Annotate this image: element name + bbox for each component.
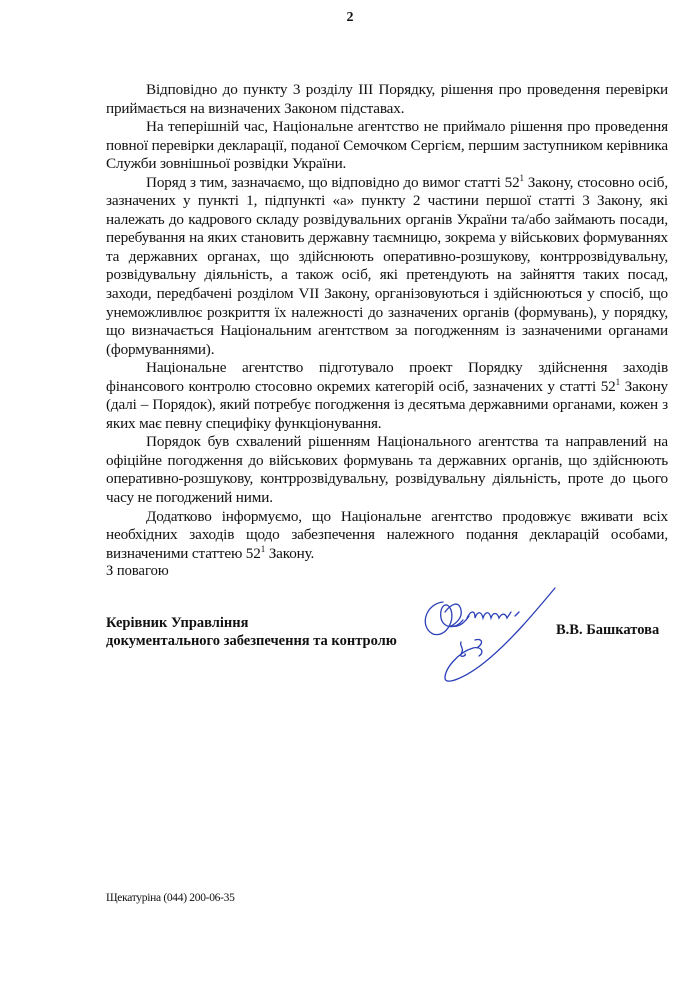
- closing-salutation: З повагою: [106, 563, 169, 580]
- paragraph-article-52: Поряд з тим, зазначаємо, що відповідно д…: [106, 174, 668, 359]
- paragraph-approval-status: Порядок був схвалений рішенням Національ…: [106, 433, 668, 507]
- signatory-title: Керівник Управління документального забе…: [106, 614, 397, 650]
- paragraph-current-status: На теперішній час, Національне агентство…: [106, 118, 668, 174]
- signer-name: В.В. Башкатова: [556, 622, 659, 639]
- handwritten-signature-icon: [415, 582, 565, 692]
- paragraph-additional-info: Додатково інформуємо, що Національне аге…: [106, 508, 668, 564]
- paragraph-draft-procedure: Національне агентство підготувало проект…: [106, 359, 668, 433]
- paragraph-procedure-decision: Відповідно до пункту 3 розділу III Поряд…: [106, 81, 668, 118]
- executor-contact: Щекатуріна (044) 200-06-35: [106, 892, 235, 904]
- letter-body: Відповідно до пункту 3 розділу III Поряд…: [106, 81, 668, 563]
- signatory-title-line2: документального забезпечення та контролю: [106, 632, 397, 650]
- page-number: 2: [0, 10, 700, 26]
- signatory-title-line1: Керівник Управління: [106, 614, 397, 632]
